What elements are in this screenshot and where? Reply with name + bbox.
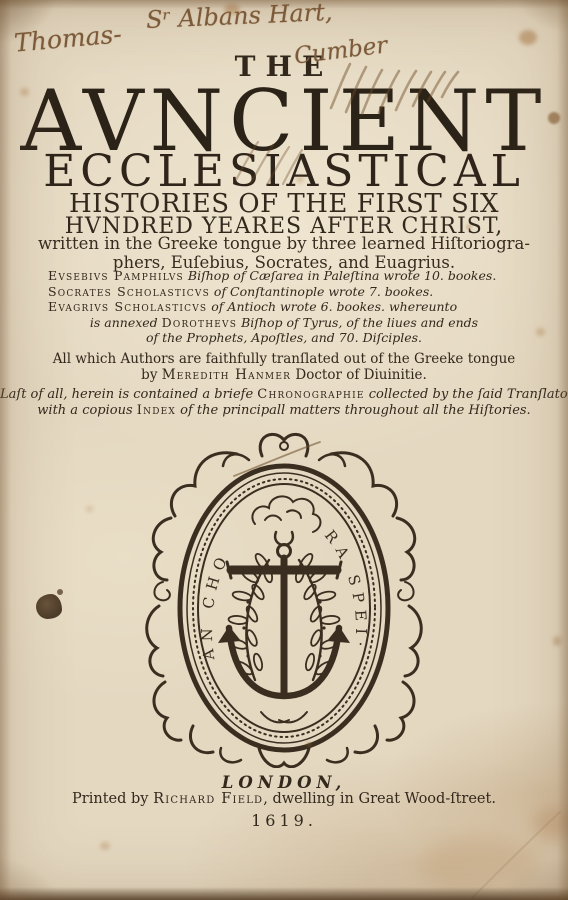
ink-blot — [36, 594, 62, 619]
crest-scroll — [260, 434, 308, 456]
author-detail: is annexed — [90, 315, 162, 330]
author-line-socrates: Socrates Scholasticvs of Conſtantinople … — [0, 284, 568, 300]
cloud-hand-icon — [252, 496, 320, 545]
note-line1: Laſt of all, herein is contained a brief… — [0, 387, 568, 403]
author-name: Socrates Scholasticvs — [48, 284, 210, 299]
translator-line2: by Meredith Hanmer Doctor of Diuinitie. — [0, 367, 568, 383]
imprint-city: LONDON, — [0, 773, 568, 792]
author-detail: of Antioch wrote 6. bookes. whereunto — [207, 299, 457, 314]
author-summary: Evsebivs Pamphilvs Biſhop of Cæſarea in … — [0, 268, 568, 346]
note-pre: with a copious — [37, 403, 137, 418]
handwritten-inscription-top: Sʳ Albans Hart, — [145, 0, 333, 34]
author-detail: of Conſtantinople wrote 7. bookes. — [210, 284, 433, 299]
author-name: Evagrivs Scholasticvs — [48, 299, 207, 314]
translator-statement: All which Authors are faithfully tranſla… — [0, 351, 568, 383]
translator-name: Meredith Hanmer — [162, 367, 291, 383]
device-motto-right: RA SPEI· — [321, 527, 370, 655]
svg-text:RA SPEI·: RA SPEI· — [321, 527, 370, 655]
index-label: Index — [137, 403, 176, 418]
anchor-icon — [218, 545, 350, 697]
note-rest: collected by the ſaid Tranſlator, — [365, 387, 568, 402]
note-pre: Laſt of all, herein is contained a brief… — [0, 387, 257, 402]
printer-device: AN CHO RA SPEI· — [141, 430, 427, 768]
printer-name: Richard Field — [153, 791, 263, 807]
imprint-year: 1619. — [0, 811, 568, 830]
imprint-pre: Printed by — [72, 791, 153, 807]
author-detail: Biſhop of Cæſarea in Paleſtina wrote 10.… — [184, 268, 496, 283]
author-name: Dorothevs — [162, 315, 237, 330]
stain-spot — [553, 636, 561, 646]
author-name: Evsebivs Pamphilvs — [48, 268, 184, 283]
contents-note: Laſt of all, herein is contained a brief… — [0, 387, 568, 418]
imprint-line: Printed by Richard Field, dwelling in Gr… — [0, 791, 568, 807]
translator-pre: by — [141, 367, 162, 383]
stain-spot — [57, 589, 63, 595]
scanned-title-page: Sʳ Albans Hart, Thomas- Cumber THE AVNCI… — [0, 0, 568, 900]
translator-rest: Doctor of Diuinitie. — [291, 367, 427, 383]
stain-spot — [100, 842, 110, 850]
note-line2: with a copious Index of the principall m… — [0, 403, 568, 419]
imprint-rest: , dwelling in Great Wood-ſtreet. — [263, 791, 496, 807]
stain-spot — [519, 30, 537, 45]
translator-line1: All which Authors are faithfully tranſla… — [0, 351, 568, 367]
chronographie-label: Chronographie — [257, 387, 364, 402]
author-line-eusebius: Evsebivs Pamphilvs Biſhop of Cæſarea in … — [0, 268, 568, 284]
author-detail: Biſhop of Tyrus, of the liues and ends — [237, 315, 478, 330]
title-desc-line1: written in the Greeke tongue by three le… — [0, 235, 568, 254]
note-rest: of the principall matters throughout all… — [176, 403, 531, 418]
stain-spot — [420, 838, 540, 892]
title-description: written in the Greeke tongue by three le… — [0, 235, 568, 272]
author-line-evagrius: Evagrivs Scholasticvs of Antioch wrote 6… — [0, 299, 568, 315]
author-line-dorotheus: is annexed Dorothevs Biſhop of Tyrus, of… — [0, 315, 568, 331]
author-line-continuation: of the Prophets, Apoſtles, and 70. Diſci… — [0, 330, 568, 346]
stain-spot — [86, 506, 93, 512]
